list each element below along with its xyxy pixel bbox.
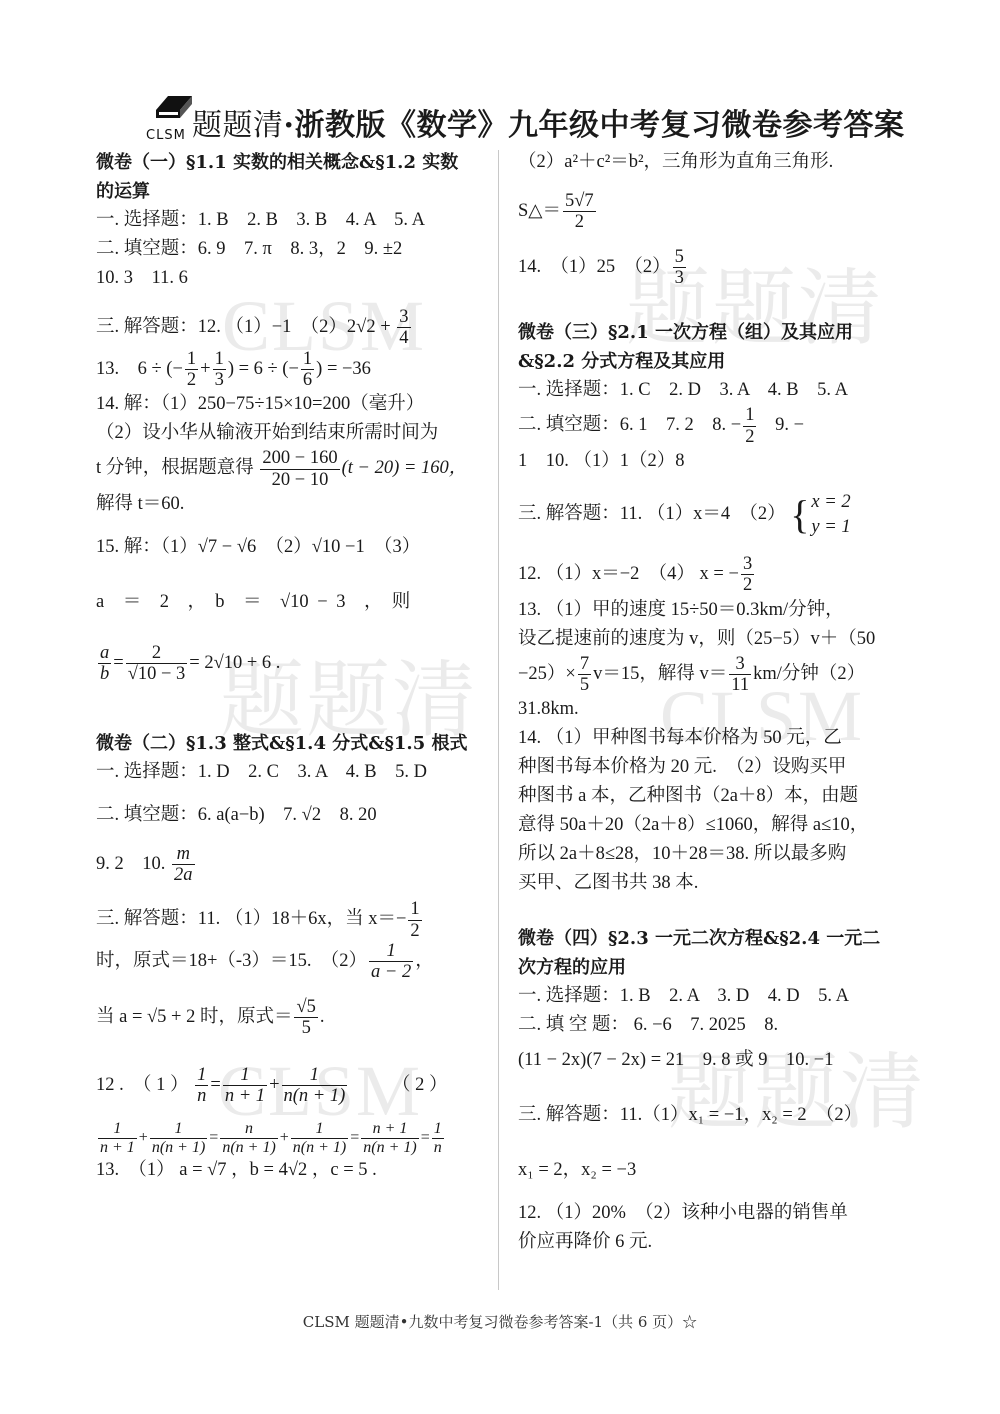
fraction: 34 xyxy=(397,307,410,349)
answer-3-14-line6: 买甲、乙图书共 38 本. xyxy=(518,869,896,898)
answer-2-13b: （2）a²＋c²＝b²，三角形为直角三角形. xyxy=(518,148,896,177)
choice-answers-2: 一. 选择题：1. D 2. C 3. A 4. B 5. D xyxy=(96,758,474,787)
logo-block-icon xyxy=(156,96,192,120)
answer-3-13a: 13. （1）甲的速度 15÷50＝0.3km/分钟， xyxy=(518,596,896,625)
answer-3-14-line3: 种图书 a 本，乙种图书（2a＋8）本，由题 xyxy=(518,782,896,811)
answer-3-14-line4: 意得 50a＋20（2a＋8）≤1060，解得 a≤10， xyxy=(518,811,896,840)
section-title-1: 微卷（一）§1.1 实数的相关概念&§1.2 实数的运算 xyxy=(96,148,474,206)
answer-4-11a: 三. 解答题：11.（1）x₁ = −1，x₂ = 2 （2） xyxy=(518,1101,896,1130)
answer-4-12b: 价应再降价 6 元. xyxy=(518,1228,896,1257)
answer-2-11b: 时，原式＝18+（-3）＝15. （2）1a − 2， xyxy=(96,941,474,983)
answer-15b: a ＝ 2 ， b ＝ √10 − 3 ， 则 xyxy=(96,588,474,617)
answer-2-13: 13. （1） a = √7 ，b = 4√2 ，c = 5 . xyxy=(96,1156,474,1185)
right-column: （2）a²＋c²＝b²，三角形为直角三角形. S△＝5√72 14. （1）25… xyxy=(518,148,896,1257)
answer-13: 13. 6 ÷ (−12+13) = 6 ÷ (−16) = −36 xyxy=(96,349,474,391)
left-column: 微卷（一）§1.1 实数的相关概念&§1.2 实数的运算 一. 选择题：1. B… xyxy=(96,148,474,1185)
choice-answers-1: 一. 选择题：1. B 2. B 3. B 4. A 5. A xyxy=(96,206,474,235)
clsm-logo: CLSM xyxy=(144,94,196,144)
answer-3-11: 三. 解答题：11. （1）x＝4 （2） {x = 2y = 1 xyxy=(518,490,896,540)
choice-answers-4: 一. 选择题：1. B 2. A 3. D 4. D 5. A xyxy=(518,982,896,1011)
triangle-area: S△＝5√72 xyxy=(518,191,896,233)
answer-3-14-line2: 种图书每本价格为 20 元. （2）设购买甲 xyxy=(518,753,896,782)
fill-answers-1: 二. 填空题：6. 9 7. π 8. 3，2 9. ±2 xyxy=(96,235,474,264)
brand-name: 题题清 xyxy=(192,108,284,143)
answer-14c: t 分钟，根据题意得 200 − 16020 − 10(t − 20) = 16… xyxy=(96,448,474,490)
page-title: 题题清·浙教版《数学》九年级中考复习微卷参考答案 xyxy=(192,100,904,144)
answer-4-11b: x₁ = 2，x₂ = −3 xyxy=(518,1156,896,1185)
answer-2-11a: 三. 解答题：11. （1）18＋6x，当 x＝−12 xyxy=(96,899,474,941)
logo-text: CLSM xyxy=(146,128,186,143)
document-header: CLSM 题题清·浙教版《数学》九年级中考复习微卷参考答案 xyxy=(140,92,860,146)
answer-3-13b: 设乙提速前的速度为 v，则（25−5）v＋（50 xyxy=(518,625,896,654)
brace-icon: { xyxy=(790,495,809,535)
choice-answers-3: 一. 选择题：1. C 2. D 3. A 4. B 5. A xyxy=(518,376,896,405)
answer-3-13c: −25）×75v＝15，解得 v＝311km/分钟（2） xyxy=(518,654,896,696)
fill-answers-4: 二. 填 空 题： 6. −6 7. 2025 8. xyxy=(518,1011,896,1040)
answer-14a: 14. 解：（1）250−75÷15×10=200（毫升） xyxy=(96,390,474,419)
fill-answers-1b: 10. 3 11. 6 xyxy=(96,264,474,293)
section-title-3: 微卷（三）§2.1 一次方程（组）及其应用&§2.2 分式方程及其应用 xyxy=(518,318,896,376)
fill-answers-3: 二. 填空题：6. 1 7. 2 8. −12 9. − xyxy=(518,405,896,447)
answer-3-14-line5: 所以 2a＋8≤28，10＋28＝38. 所以最多购 xyxy=(518,840,896,869)
answer-2-11c: 当 a = √5 + 2 时，原式＝√55. xyxy=(96,997,474,1039)
answer-15c: ab=2√10 − 3= 2√10 + 6 . xyxy=(96,643,474,685)
page-footer: CLSM 题题清•九数中考复习微卷参考答案-1（共 6 页）☆ xyxy=(0,1311,1000,1332)
answer-14b: （2）设小华从输液开始到结束所需时间为 xyxy=(96,419,474,448)
fill-answers-2b: 9. 2 10. m2a xyxy=(96,844,474,886)
fill-answers-4b: (11 − 2x)(7 − 2x) = 21 9. 8 或 9 10. −1 xyxy=(518,1046,896,1075)
answer-14d: 解得 t＝60. xyxy=(96,490,474,519)
answer-3-12: 12. （1）x＝−2 （4） x = −32 xyxy=(518,554,896,596)
answer-4-12a: 12. （1）20% （2）该种小电器的销售单 xyxy=(518,1199,896,1228)
answer-2-12b: 1n + 1+1n(n + 1)=nn(n + 1)+1n(n + 1)=n +… xyxy=(96,1120,474,1156)
fill-answers-3b: 1 10. （1）1（2）8 xyxy=(518,447,896,476)
answer-15a: 15. 解：（1）√7 − √6 （2）√10 −1 （3） xyxy=(96,533,474,562)
column-divider xyxy=(498,150,499,1290)
title-text: ·浙教版《数学》九年级中考复习微卷参考答案 xyxy=(284,108,905,143)
fill-answers-2: 二. 填空题：6. a(a−b) 7. √2 8. 20 xyxy=(96,801,474,830)
answer-12: 三. 解答题：12. （1）−1 （2）2√2 + 34 xyxy=(96,307,474,349)
section-title-2: 微卷（二）§1.3 整式&§1.4 分式&§1.5 根式 xyxy=(96,729,474,758)
section-title-4: 微卷（四）§2.3 一元二次方程&§2.4 一元二次方程的应用 xyxy=(518,924,896,982)
answer-3-14-line1: 14. （1）甲种图书每本价格为 50 元，乙 xyxy=(518,724,896,753)
answer-2-14: 14. （1）25 （2）53 xyxy=(518,247,896,289)
answer-2-12a: 12 . （ 1 ） 1n=1n + 1+1n(n + 1) （ 2 ） xyxy=(96,1065,474,1107)
answer-3-13d: 31.8km. xyxy=(518,695,896,724)
